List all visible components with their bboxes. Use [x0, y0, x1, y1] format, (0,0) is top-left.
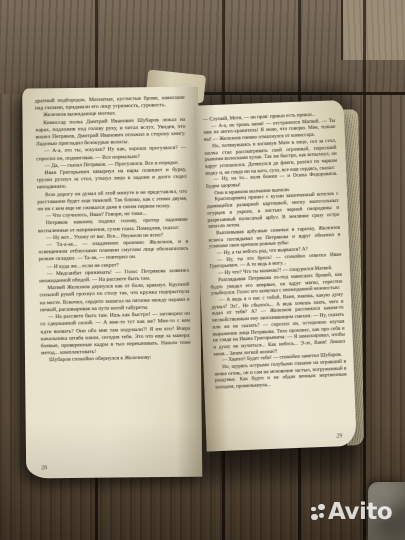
avito-logo-icon	[311, 504, 325, 521]
paragraph: Всю дорогу он думал об этой минуте и не …	[37, 188, 187, 213]
paragraph: Но, щурясь острыми голубыми глазами на и…	[214, 359, 347, 392]
paragraph: — На рассвете быть там. Ишь как быстро! …	[40, 311, 191, 358]
book-page-right: — Слушай, Мотя, — он прав: приказ есть п…	[194, 100, 357, 452]
avito-watermark-label: Avito	[328, 499, 392, 525]
photo-of-open-book: дратный подбородок. Мохнатые, кустистые …	[0, 0, 405, 540]
paragraph: Комиссар полка Дмитрий Иванович Шубаров …	[35, 116, 186, 148]
open-book: дратный подбородок. Мохнатые, кустистые …	[0, 0, 405, 540]
book-page-left: дратный подбородок. Мохнатые, кустистые …	[22, 87, 202, 479]
paragraph: Матвей Железнов дернулся как от боли, кр…	[39, 282, 190, 314]
page-left-text: дратный подбородок. Мохнатые, кустистые …	[35, 95, 194, 464]
avito-watermark: Avito	[311, 499, 392, 525]
page-number-right: 29	[336, 433, 342, 439]
paragraph: — А ведь я о нас с тобой, Ваня, знаешь, …	[211, 292, 346, 358]
page-number-left: 28	[41, 465, 47, 471]
